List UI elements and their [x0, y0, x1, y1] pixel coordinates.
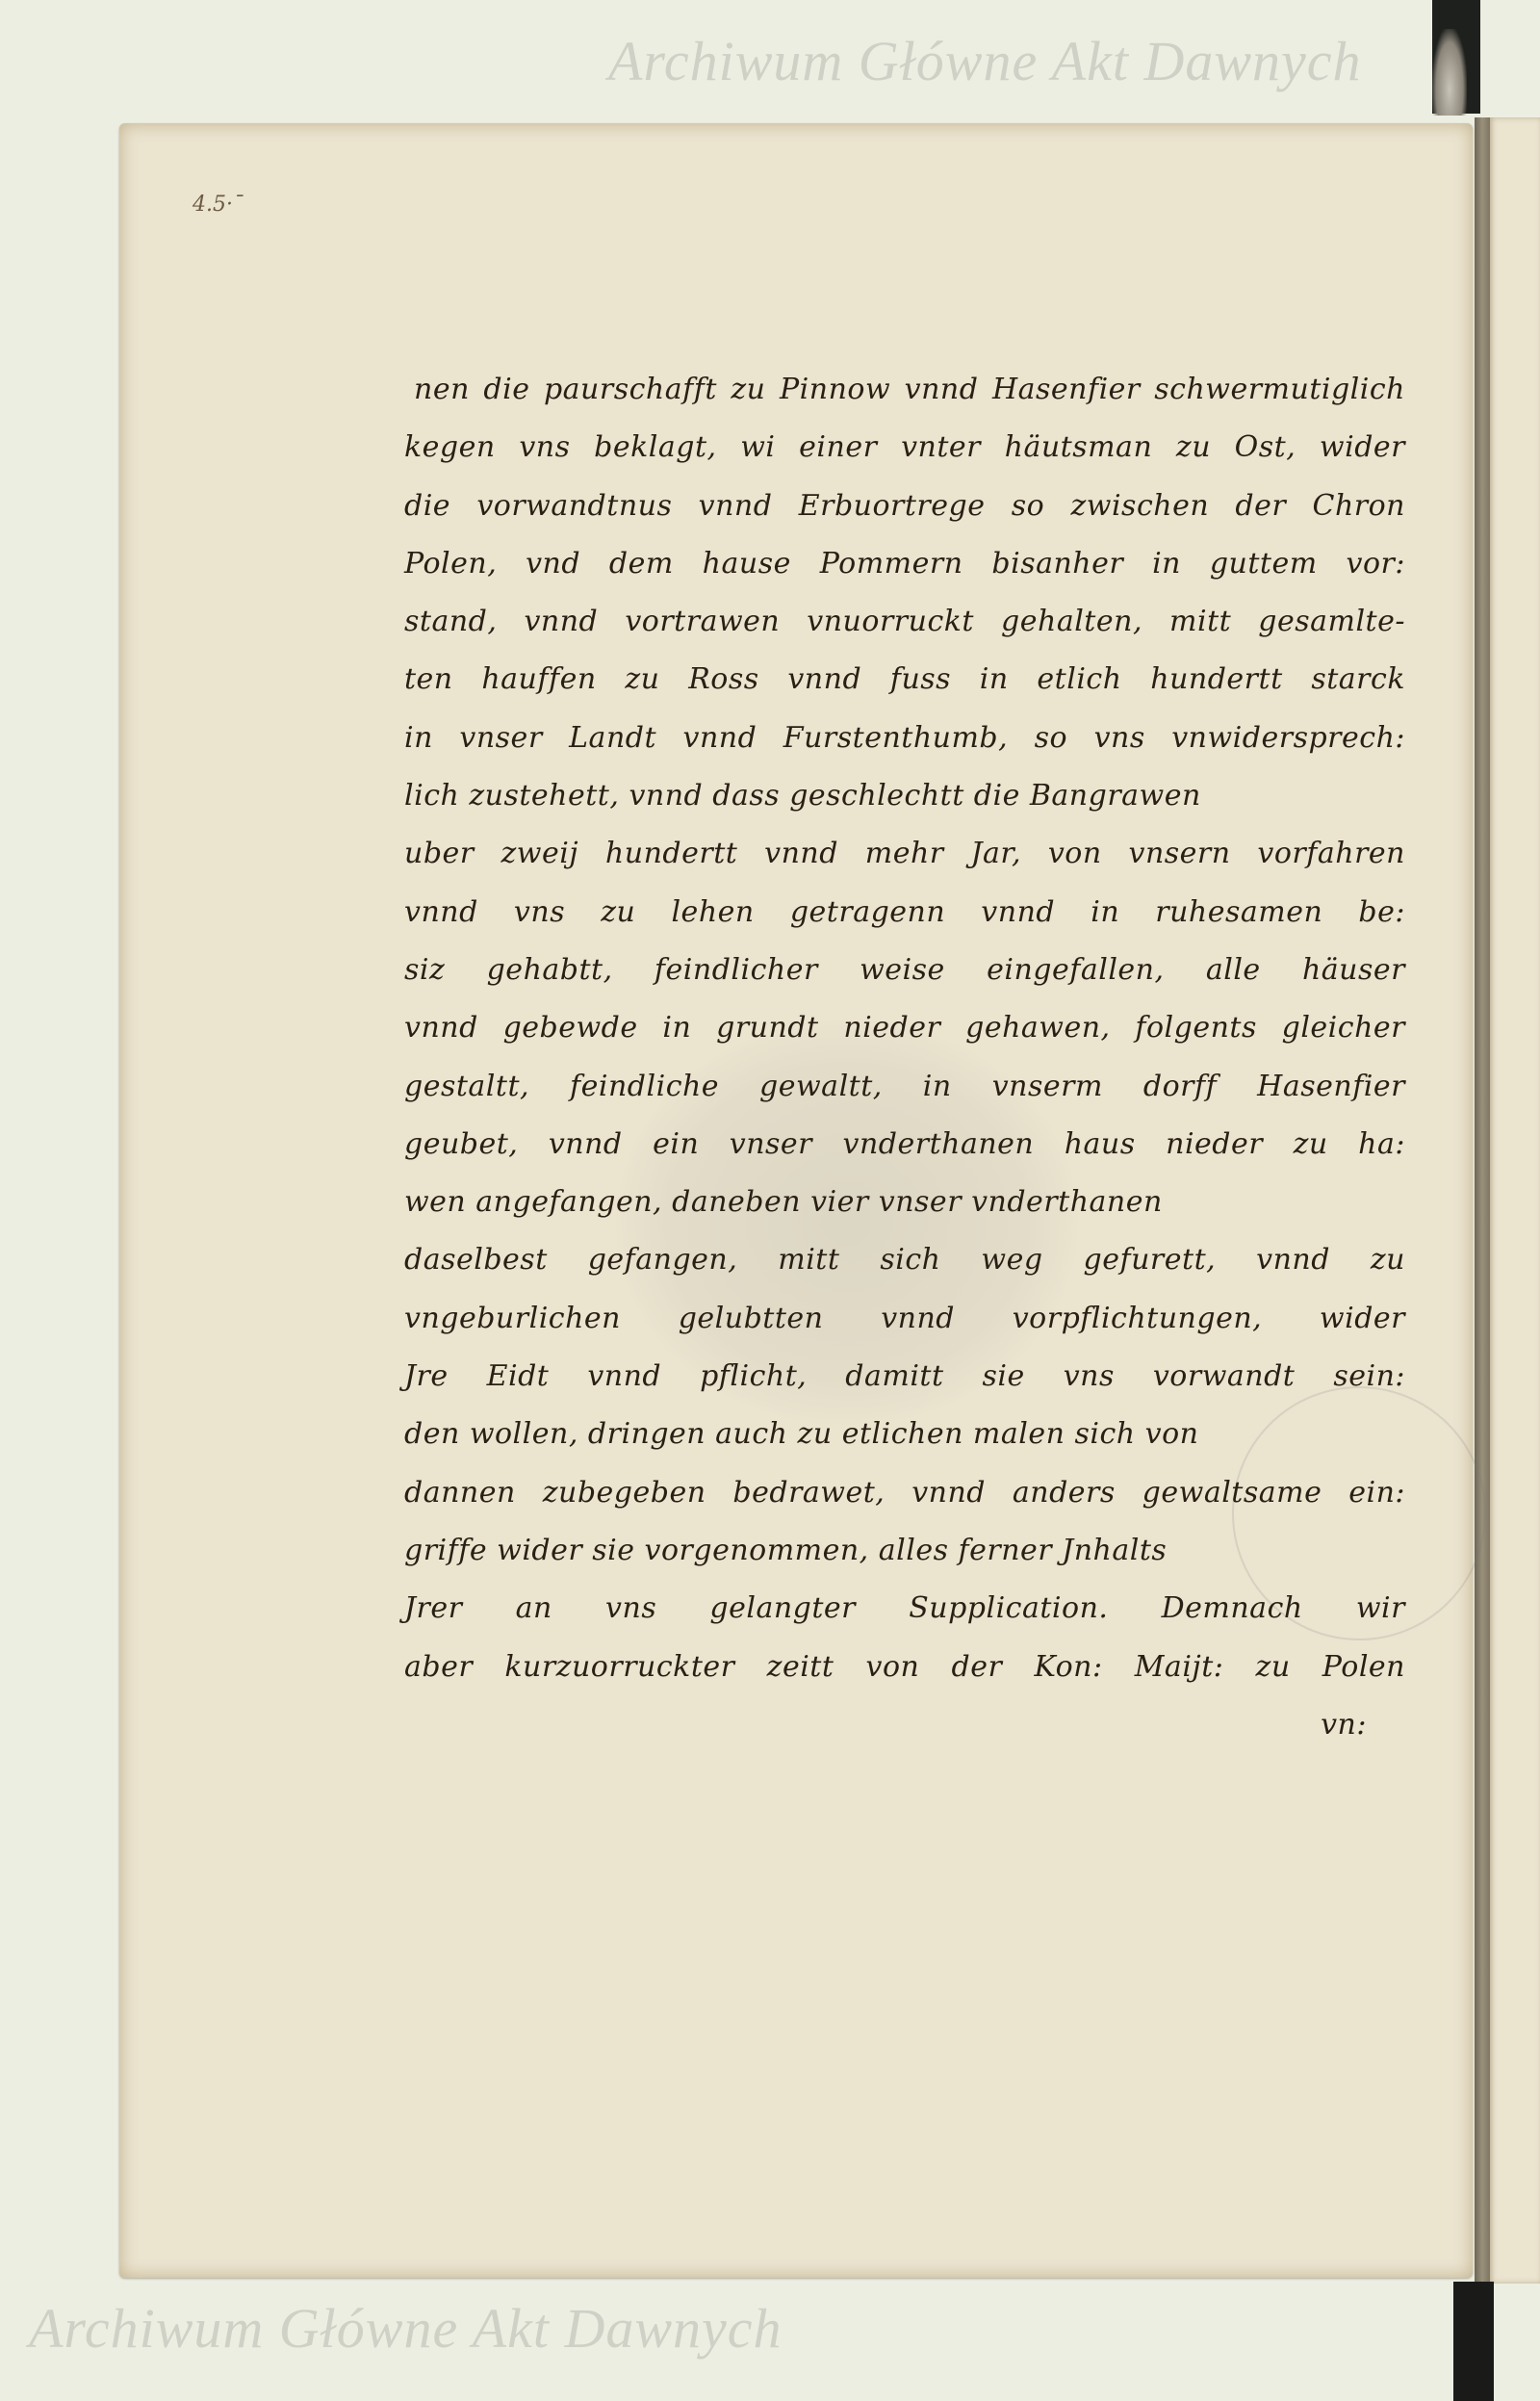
- manuscript-line: die vorwandtnus vnnd Erbuortrege so zwis…: [404, 478, 1405, 535]
- catchword: vn:: [404, 1696, 1405, 1754]
- manuscript-line: aber kurzuorruckter zeitt von der Kon: M…: [404, 1639, 1405, 1696]
- archive-watermark-bottom: Archiwum Główne Akt Dawnych: [29, 2296, 783, 2361]
- manuscript-line: stand, vnnd vortrawen vnuorruckt gehalte…: [404, 593, 1405, 651]
- manuscript-line: Jrer an vns gelangter Supplication. Demn…: [404, 1580, 1405, 1638]
- manuscript-line: vnnd vns zu lehen getragenn vnnd in ruhe…: [404, 884, 1405, 942]
- manuscript-line: vngeburlichen gelubtten vnnd vorpflichtu…: [404, 1290, 1405, 1348]
- manuscript-line: nen die paurschafft zu Pinnow vnnd Hasen…: [414, 361, 1405, 419]
- manuscript-line: dannen zubegeben bedrawet, vnnd anders g…: [404, 1464, 1405, 1522]
- book-gutter: [1475, 117, 1490, 2284]
- folio-number: 4.5·ˉ: [192, 193, 244, 217]
- manuscript-line: uber zweij hundertt vnnd mehr Jar, von v…: [404, 825, 1405, 883]
- archive-watermark-top: Archiwum Główne Akt Dawnych: [608, 29, 1362, 93]
- manuscript-line: gestaltt, feindliche gewaltt, in vnserm …: [404, 1058, 1405, 1116]
- manuscript-line: ten hauffen zu Ross vnnd fuss in etlich …: [404, 651, 1405, 709]
- manuscript-line: lich zustehett, vnnd dass geschlechtt di…: [404, 767, 1405, 825]
- manuscript-line: geubet, vnnd ein vnser vnderthanen haus …: [404, 1116, 1405, 1174]
- manuscript-line: in vnser Landt vnnd Furstenthumb, so vns…: [404, 710, 1405, 767]
- manuscript-line: Polen, vnd dem hause Pommern bisanher in…: [404, 535, 1405, 593]
- manuscript-line: daselbest gefangen, mitt sich weg gefure…: [404, 1231, 1405, 1289]
- manuscript-line: vnnd gebewde in grundt nieder gehawen, f…: [404, 999, 1405, 1057]
- binding-thread: [1432, 29, 1467, 116]
- manuscript-line: den wollen, dringen auch zu etlichen mal…: [404, 1406, 1405, 1463]
- adjacent-page-edge: [1490, 117, 1540, 2284]
- manuscript-text: nen die paurschafft zu Pinnow vnnd Hasen…: [404, 361, 1405, 1754]
- manuscript-line: kegen vns beklagt, wi einer vnter häutsm…: [404, 419, 1405, 477]
- manuscript-line: griffe wider sie vorgenommen, alles fern…: [404, 1522, 1405, 1580]
- manuscript-line: Jre Eidt vnnd pflicht, damitt sie vns vo…: [404, 1348, 1405, 1406]
- manuscript-line: siz gehabtt, feindlicher weise eingefall…: [404, 942, 1405, 999]
- binding-strip-bottom: [1453, 2282, 1494, 2401]
- manuscript-line: wen angefangen, daneben vier vnser vnder…: [404, 1174, 1405, 1231]
